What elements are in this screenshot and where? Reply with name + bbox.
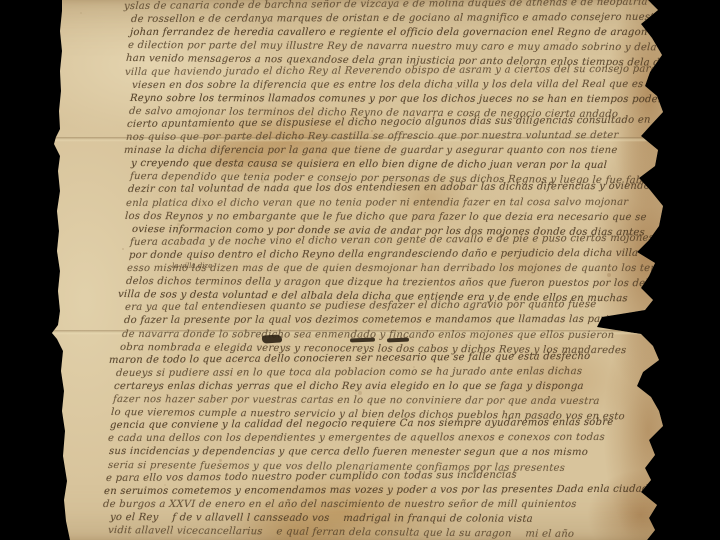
manuscript-line: nos quiso que por parte del dicho Rey ca…	[126, 130, 619, 144]
manuscript-line: dezir con tal voluntad de nada que los d…	[128, 181, 651, 196]
foxing-speck	[164, 484, 166, 486]
foxing-speck	[358, 391, 362, 395]
manuscript-line: certareys enlas dichas yerras que el dic…	[114, 381, 584, 393]
manuscript-line: e dilection por parte del muy illustre R…	[128, 40, 720, 55]
foxing-speck	[565, 37, 569, 41]
manuscript-line: e cada una dellos con los dependientes y…	[108, 432, 605, 445]
foxing-speck	[510, 62, 513, 65]
foxing-speck	[413, 366, 415, 368]
manuscript-line: sus incidencias y dependencias y que cer…	[109, 446, 589, 459]
foxing-speck	[316, 155, 320, 159]
manuscript-line: minase la dicha diferencia por la gana q…	[124, 145, 618, 157]
manuscript-line: y creyendo que desta causa se quisiera e…	[131, 158, 608, 172]
manuscript-line: los dos Reynos y no embargante que le fu…	[125, 211, 647, 224]
manuscript-line: era ya que tal entendiesen quanto se pud…	[125, 299, 597, 314]
manuscript-line: en seruimos cometemos y encomendamos mas…	[104, 483, 649, 497]
foxing-speck	[177, 223, 180, 226]
manuscript-line: do fazer la presente por la qual vos dez…	[124, 314, 622, 327]
foxing-speck	[122, 248, 124, 250]
foxing-speck	[607, 273, 611, 277]
ink-blot	[262, 334, 283, 343]
foxing-speck	[455, 87, 457, 89]
foxing-speck	[80, 12, 82, 14]
manuscript-line: yo el Rey f de v allavell l cansseado vo…	[110, 512, 534, 526]
foxing-speck	[261, 180, 264, 183]
parchment-sheet: yslas de canaria conde de barchna señor …	[0, 0, 720, 540]
manuscript-line: de burgos a XXVI de enero en el año del …	[103, 499, 577, 511]
manuscript-line: Reyno sobre los terminos llamados comune…	[130, 93, 664, 106]
foxing-speck	[468, 341, 471, 344]
manuscript-line: fazer nos hazer saber por vuestras carta…	[113, 394, 600, 408]
interlinear-note: la villa dize	[172, 262, 212, 270]
manuscript-line: enla platica dixo el dicho veran que no …	[126, 196, 629, 209]
manuscript-line: deueys si pudiere assi en lo que toca al…	[116, 366, 583, 380]
foxing-speck	[219, 459, 222, 462]
foxing-speck	[274, 434, 278, 438]
manuscript-line: por donde quiso dentro el dicho Reyno de…	[129, 248, 639, 262]
manuscript-lines: yslas de canaria conde de barchna señor …	[0, 0, 720, 540]
foxing-speck	[371, 130, 373, 132]
manuscript-line: gencia que conviene y la calidad del neg…	[110, 417, 614, 432]
manuscript-line: de rossellon e de cerdanya marques de or…	[131, 12, 666, 26]
manuscript-line: vidit allavell vicecancellarius e qual f…	[108, 525, 575, 540]
ink-blot	[387, 338, 409, 343]
manuscript-line: johan ferrandez de heredia cavallero e r…	[130, 27, 680, 39]
manuscript-photo: yslas de canaria conde de barchna señor …	[0, 0, 720, 540]
manuscript-line: viesen en dos sobre la diferencia que es…	[132, 78, 664, 91]
manuscript-line: delos dichos terminos della y aragon que…	[126, 276, 656, 290]
